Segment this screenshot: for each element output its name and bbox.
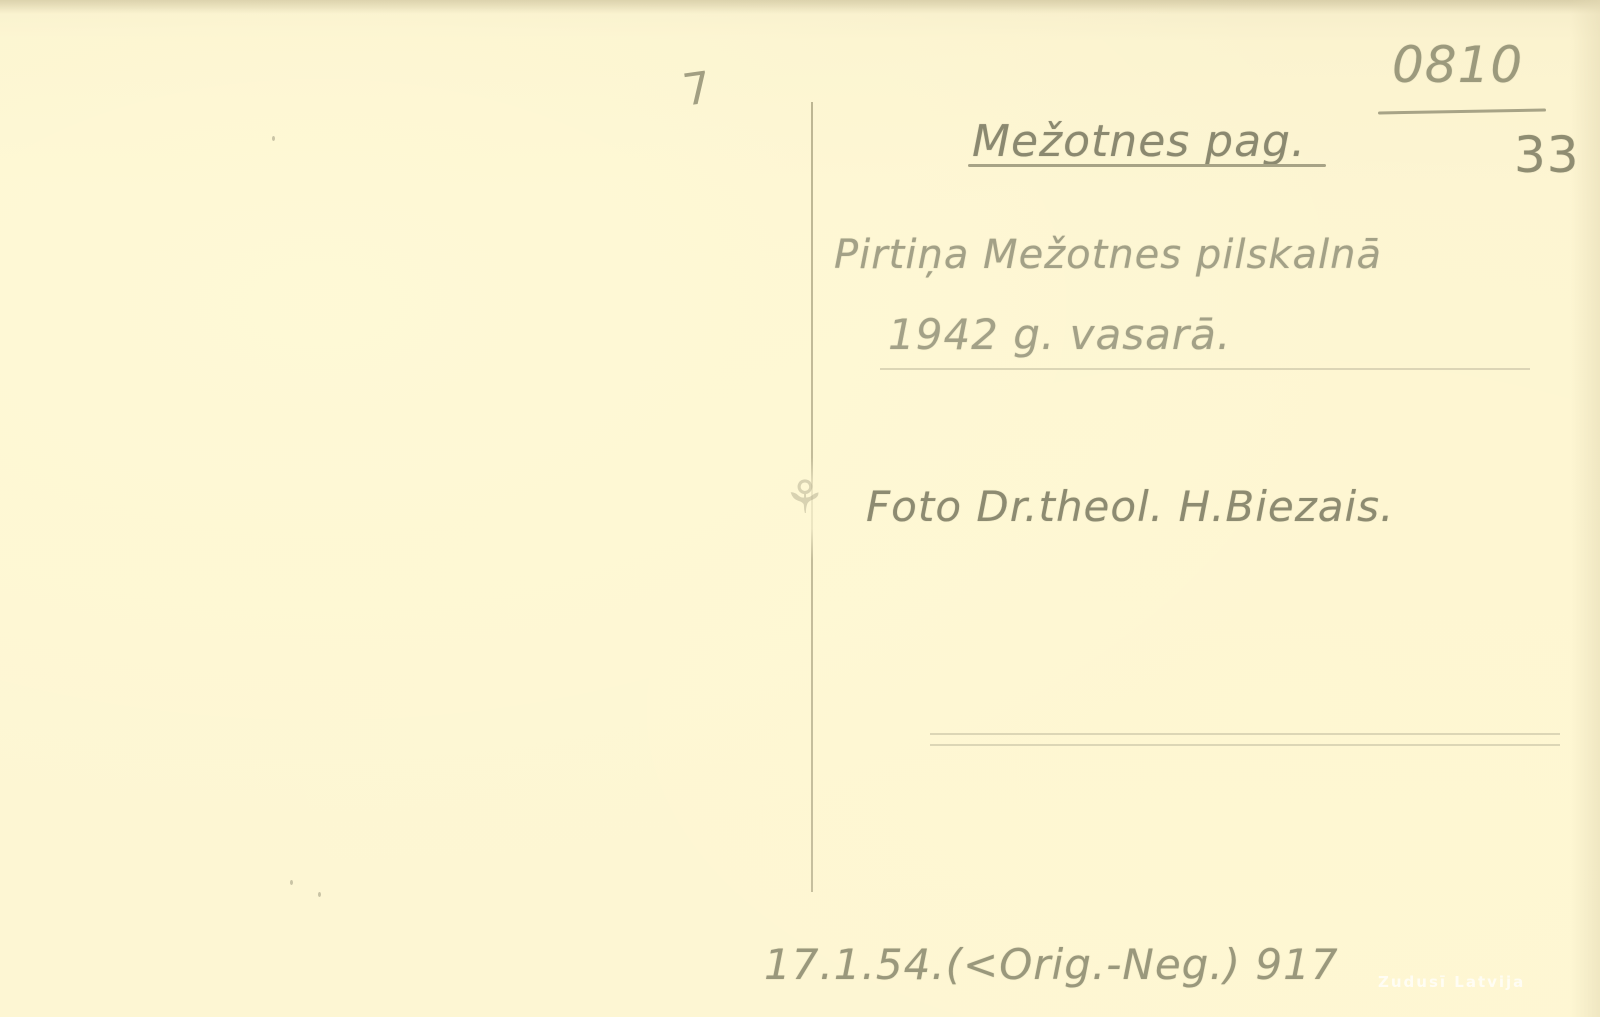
faint-ruled-line xyxy=(880,368,1530,370)
catalog-number-bottom: 33 xyxy=(1514,126,1580,184)
dust-speck xyxy=(272,136,275,141)
archive-note: 17.1.54.(<Orig.-Neg.) 917 xyxy=(764,940,1339,989)
dust-speck xyxy=(318,892,321,897)
corner-mark: 7 xyxy=(680,62,715,116)
catalog-fraction-line xyxy=(1378,109,1546,115)
dust-speck xyxy=(290,880,293,885)
faint-ruled-line xyxy=(930,733,1560,735)
faint-ruled-line xyxy=(930,744,1560,746)
catalog-number-top: 0810 xyxy=(1392,36,1523,94)
caption-line-2: 1942 g. vasarā. xyxy=(888,310,1231,359)
caption-line-1: Pirtiņa Mežotnes pilskalnā xyxy=(834,232,1382,278)
heading-underline xyxy=(968,164,1326,167)
scan-top-shadow xyxy=(0,0,1600,14)
faded-stamp-mark: ⚘ xyxy=(784,470,836,530)
photo-card-back: 7 ⚘ 0810 33 Mežotnes pag. Pirtiņa Mežotn… xyxy=(0,0,1600,1017)
location-heading: Mežotnes pag. xyxy=(972,116,1306,167)
photo-credit: Foto Dr.theol. H.Biezais. xyxy=(866,482,1394,531)
watermark: Zudusī Latvija xyxy=(1378,973,1525,991)
